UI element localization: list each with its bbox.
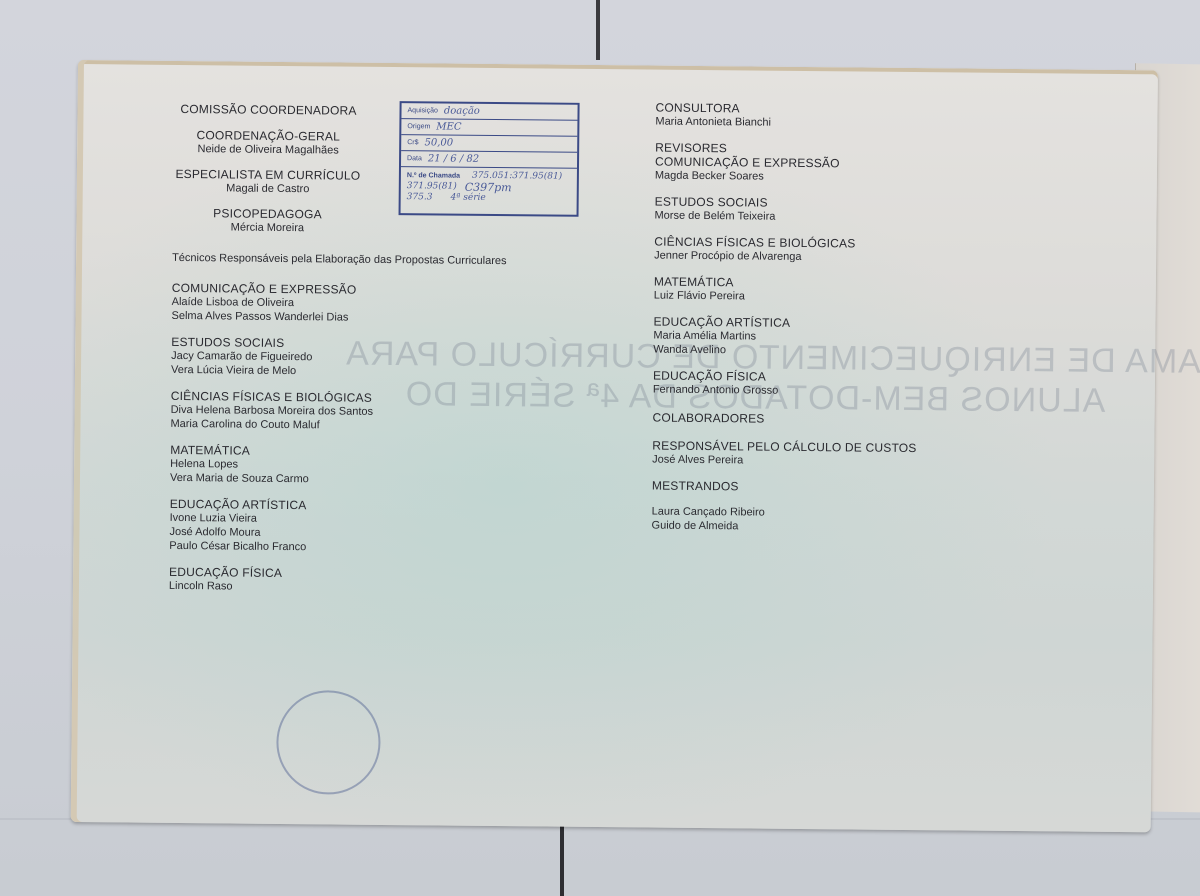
table-seam bbox=[560, 818, 564, 896]
section: MATEMÁTICA Helena Lopes Vera Maria de So… bbox=[170, 443, 530, 488]
call-number-label: N.º de Chamada bbox=[407, 172, 460, 180]
section-title: COMISSÃO COORDENADORA bbox=[173, 102, 363, 118]
coordination-committee: COMISSÃO COORDENADORA COORDENAÇÃO-GERAL … bbox=[172, 102, 363, 236]
library-seal-show-through bbox=[276, 690, 381, 795]
call-number-value: 4ª série bbox=[450, 193, 485, 204]
document-page: PROGRAMA DE ENRIQUECIMENTO DE CURRÍCULO … bbox=[71, 60, 1158, 832]
stamp-row: Data 21 / 6 / 82 bbox=[401, 151, 577, 169]
stamp-value: 21 / 6 / 82 bbox=[428, 153, 479, 164]
acquisition-stamp: Aquisição doação Origem MEC Cr$ 50,00 Da… bbox=[399, 101, 580, 217]
person-name: Neide de Oliveira Magalhães bbox=[173, 142, 363, 158]
role-heading: ESPECIALISTA EM CURRÍCULO bbox=[173, 167, 363, 183]
stamp-row: Aquisição doação bbox=[401, 103, 577, 121]
stamp-label: Data bbox=[407, 155, 422, 162]
section: EDUCAÇÃO ARTÍSTICA Ivone Luzia Vieira Jo… bbox=[169, 497, 530, 556]
section: ESTUDOS SOCIAIS Jacy Camarão de Figueire… bbox=[171, 335, 531, 380]
section: COMUNICAÇÃO E EXPRESSÃO Alaíde Lisboa de… bbox=[171, 281, 531, 326]
call-number: N.º de Chamada 375.051:371.95(81) 371.95… bbox=[401, 167, 577, 208]
table-seam bbox=[596, 0, 600, 60]
stamp-label: Aquisição bbox=[407, 107, 437, 114]
section: EDUCAÇÃO FÍSICA Lincoln Raso bbox=[169, 565, 529, 596]
call-number-value: 375.3 bbox=[407, 192, 433, 203]
stamp-label: Cr$ bbox=[407, 139, 418, 146]
person-name: Mércia Moreira bbox=[172, 220, 362, 236]
call-number-value: C397pm bbox=[465, 182, 512, 193]
stamp-label: Origem bbox=[407, 123, 430, 130]
section: CIÊNCIAS FÍSICAS E BIOLÓGICAS Diva Helen… bbox=[170, 389, 530, 434]
stamp-row: Cr$ 50,00 bbox=[401, 135, 577, 153]
technicians-sections: COMUNICAÇÃO E EXPRESSÃO Alaíde Lisboa de… bbox=[169, 281, 532, 596]
stamp-value: MEC bbox=[436, 121, 461, 132]
stamp-row: Origem MEC bbox=[401, 119, 577, 137]
stamp-value: doação bbox=[444, 106, 480, 117]
right-column: CONSULTORA Maria Antonieta Bianchi REVIS… bbox=[651, 101, 985, 536]
call-number-value: 371.95(81) bbox=[407, 181, 457, 192]
stamp-value: 50,00 bbox=[424, 137, 453, 148]
